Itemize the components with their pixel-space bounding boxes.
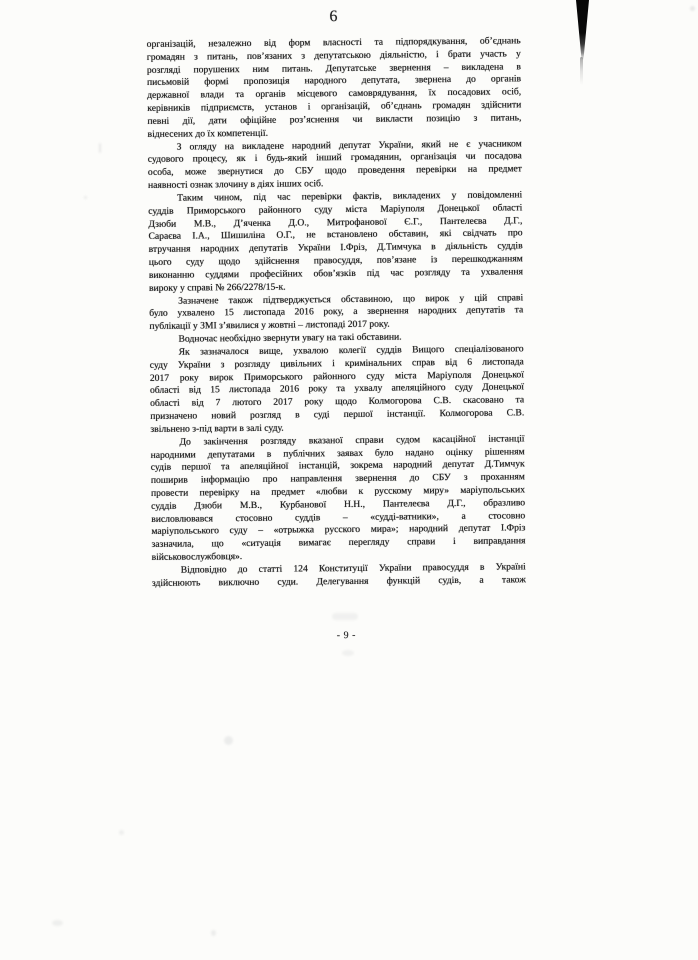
scan-smudge [99, 143, 101, 153]
scan-smudge [52, 920, 63, 926]
text-line: здійснюють виключно суди. Делегування фу… [152, 574, 526, 590]
scan-smudge [211, 930, 216, 936]
scanned-document-page: 6 організацій, незалежно від форм власно… [0, 0, 698, 960]
paragraph: До закінчення розгляду вказаної справи с… [150, 433, 525, 565]
paragraph: Зазначене також підтверджується обставин… [149, 292, 523, 334]
scan-tilt-layer: 6 організацій, незалежно від форм власно… [0, 0, 698, 960]
page-number-footer: - 9 - [159, 628, 533, 643]
scan-smudge [332, 613, 358, 620]
scan-smudge [690, 6, 695, 11]
scan-smudge [224, 736, 233, 745]
paragraph: Як зазначалося вище, ухвалою колегії суд… [150, 343, 525, 436]
paragraph: Таким чином, під час перевірки фактів, в… [148, 189, 523, 295]
scan-smudge [342, 650, 354, 656]
paragraph: З огляду на викладене народний депутат У… [148, 138, 522, 193]
paragraph: організацій, незалежно від форм власност… [147, 35, 522, 141]
document-body: організацій, незалежно від форм власност… [147, 35, 526, 590]
page-number-header: 6 [146, 6, 520, 28]
paragraph: Відповідно до статті 124 Конституції Укр… [152, 561, 526, 590]
scan-artifact-mark-tail [580, 57, 583, 85]
scan-smudge [84, 196, 87, 199]
scan-smudge [119, 830, 124, 835]
